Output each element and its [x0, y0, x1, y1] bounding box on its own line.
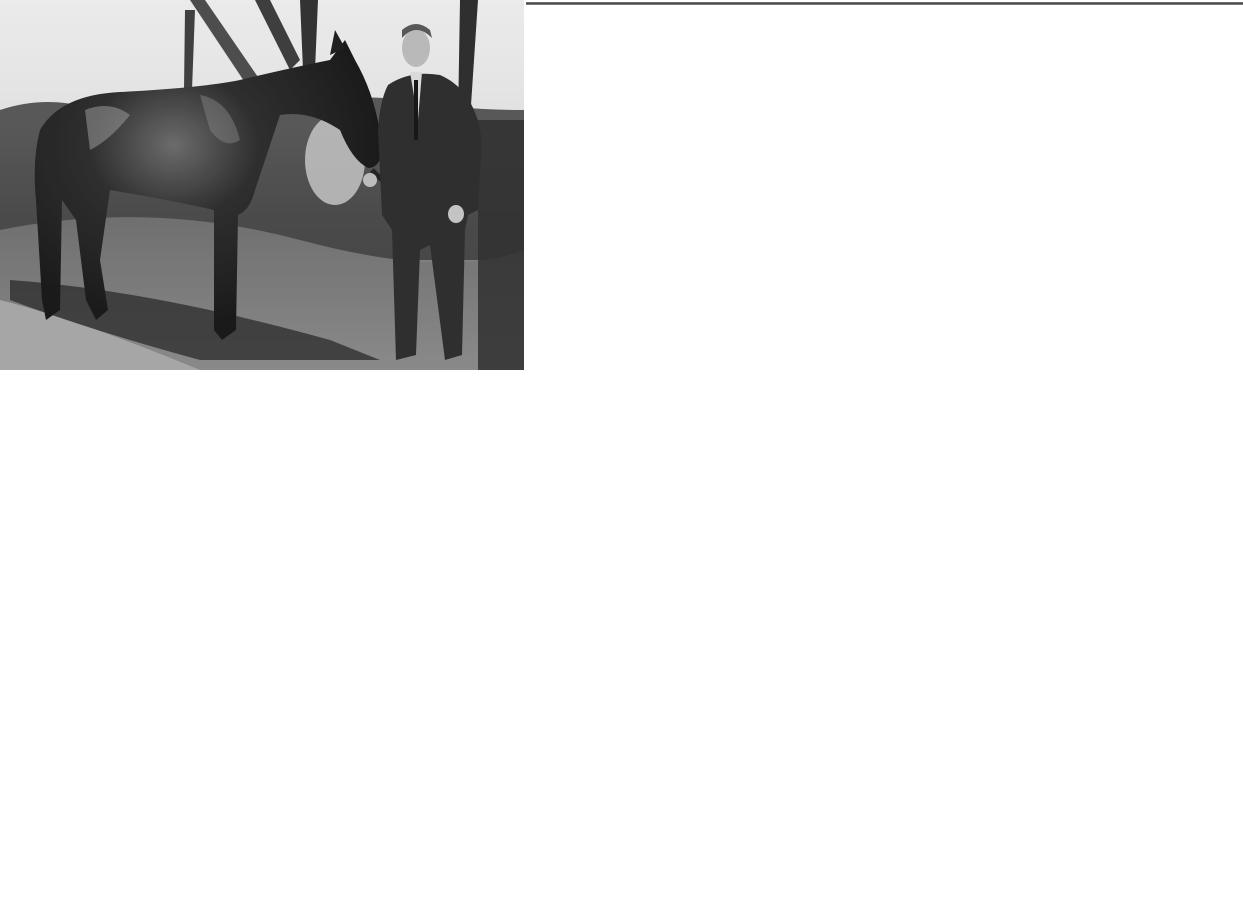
photo-illustration	[0, 0, 524, 370]
top-rule	[526, 2, 1243, 5]
photograph-man-with-horse	[0, 0, 524, 370]
